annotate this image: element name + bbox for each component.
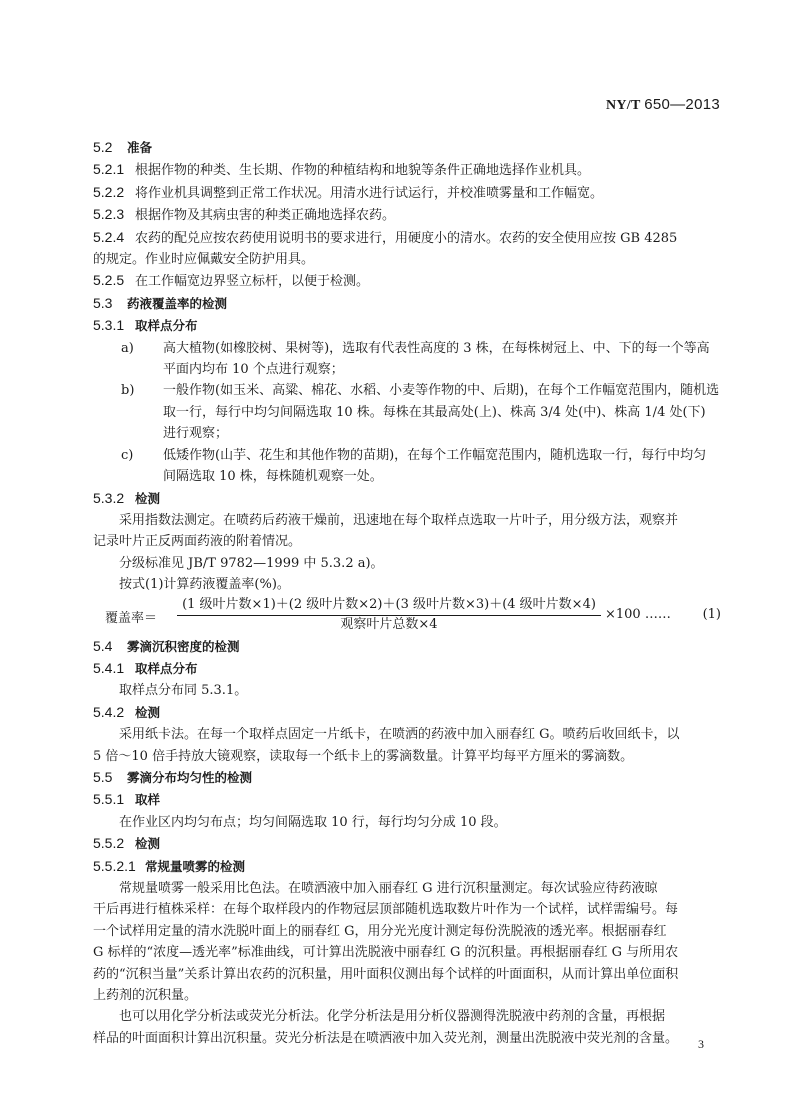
heading-5-5-2: 5.5.2检测 — [93, 833, 721, 855]
heading-5-3-2: 5.3.2检测 — [93, 488, 721, 510]
list-item-a: a) 高大植物(如橡胶树、果树等)，选取有代表性高度的 3 株，在每株树冠上、中… — [93, 338, 721, 381]
clause-number: 5.2.3 — [93, 204, 135, 225]
section-title: 雾滴分布均匀性的检测 — [127, 770, 252, 785]
equation-number: (1) — [703, 607, 721, 622]
heading-5-2: 5.2准备 — [93, 137, 721, 159]
clause-text: 在工作幅宽边界竖立标杆，以便于检测。 — [135, 274, 369, 289]
clause-title: 检测 — [135, 705, 160, 720]
paragraph-line: 药的“沉积当量”关系计算出农药的沉积量，用叶面积仪测出每个试样的叶面面积，从而计… — [93, 964, 721, 985]
heading-5-5: 5.5雾滴分布均匀性的检测 — [93, 767, 721, 789]
paragraph-line: 一个试样用定量的清水洗脱叶面上的丽春红 G，用分光光度计测定每份洗脱液的透光率。… — [93, 921, 721, 942]
section-number: 5.3 — [93, 293, 127, 314]
paragraph: 分级标准见 JB/T 9782—1999 中 5.3.2 a)。 — [93, 553, 721, 574]
formula-multiplier-value: ×100 — [605, 607, 641, 622]
paragraph: 取样点分布同 5.3.1。 — [93, 680, 721, 701]
section-title: 准备 — [127, 140, 152, 155]
list-marker: c) — [121, 445, 161, 466]
clause-number: 5.4.2 — [93, 702, 135, 723]
paragraph-line: 采用纸卡法。在每一个取样点固定一片纸卡，在喷洒的药液中加入丽春红 G。喷药后收回… — [93, 724, 721, 745]
standard-prefix: NY/T — [606, 98, 640, 113]
heading-5-5-2-1: 5.5.2.1常规量喷雾的检测 — [93, 856, 721, 878]
clause-title: 取样点分布 — [135, 661, 198, 676]
standard-number: 650—2013 — [644, 96, 720, 113]
heading-5-5-1: 5.5.1取样 — [93, 789, 721, 811]
list-text-line: 一般作物(如玉米、高粱、棉花、水稻、小麦等作物的中、后期)，在每个工作幅宽范围内… — [121, 380, 721, 401]
paragraph: 在作业区内均匀布点；均匀间隔选取 10 行，每行均匀分成 10 段。 — [93, 812, 721, 833]
clause-number: 5.2.4 — [93, 227, 135, 248]
paragraph-line: 样品的叶面面积计算出沉积量。荧光分析法是在喷洒液中加入荧光剂，测量出洗脱液中荧光… — [93, 1028, 721, 1049]
clause-title: 取样 — [135, 792, 160, 807]
heading-5-4-1: 5.4.1取样点分布 — [93, 658, 721, 680]
list-text-line: 间隔选取 10 株，每株随机观察一处。 — [121, 466, 721, 487]
clause-5-2-4-continued: 的规定。作业时应佩戴安全防护用具。 — [93, 249, 721, 270]
clause-number: 5.2.1 — [93, 159, 135, 180]
clause-text: 农药的配兑应按农药使用说明书的要求进行，用硬度小的清水。农药的安全使用应按 GB… — [135, 231, 677, 246]
clause-number: 5.3.1 — [93, 315, 135, 336]
paragraph-line: 干后再进行植株采样：在每个取样段内的作物冠层顶部随机选取数片叶作为一个试样，试样… — [93, 899, 721, 920]
clause-number: 5.5.1 — [93, 789, 135, 810]
heading-5-4: 5.4雾滴沉积密度的检测 — [93, 636, 721, 658]
list-marker: b) — [121, 380, 161, 401]
list-text-line: 低矮作物(山芋、花生和其他作物的苗期)，在每个工作幅宽范围内，随机选取一行，每行… — [121, 445, 721, 466]
section-number: 5.2 — [93, 137, 127, 158]
heading-5-3-1: 5.3.1取样点分布 — [93, 315, 721, 337]
clause-5-2-4: 5.2.4农药的配兑应按农药使用说明书的要求进行，用硬度小的清水。农药的安全使用… — [93, 227, 721, 249]
formula-denominator: 观察叶片总数×4 — [177, 616, 601, 634]
paragraph-line: 也可以用化学分析法或荧光分析法。化学分析法是用分析仪器测得洗脱液中药剂的含量，再… — [93, 1006, 721, 1027]
standard-code-header: NY/T 650—2013 — [606, 96, 720, 114]
list-item-c: c) 低矮作物(山芋、花生和其他作物的苗期)，在每个工作幅宽范围内，随机选取一行… — [93, 445, 721, 488]
list-item-b: b) 一般作物(如玉米、高粱、棉花、水稻、小麦等作物的中、后期)，在每个工作幅宽… — [93, 380, 721, 444]
section-number: 5.5 — [93, 767, 127, 788]
list-text-line: 取一行，每行中均匀间隔选取 10 株。每株在其最高处(上)、株高 3/4 处(中… — [121, 402, 721, 423]
list-marker: a) — [121, 338, 161, 359]
clause-5-2-3: 5.2.3根据作物及其病虫害的种类正确地选择农药。 — [93, 204, 721, 226]
clause-number: 5.2.2 — [93, 182, 135, 203]
clause-number: 5.4.1 — [93, 658, 135, 679]
formula-fraction: (1 级叶片数×1)＋(2 级叶片数×2)＋(3 级叶片数×3)＋(4 级叶片数… — [177, 596, 601, 634]
clause-text: 根据作物及其病虫害的种类正确地选择农药。 — [135, 208, 395, 223]
formula-coverage-rate: 覆盖率＝ (1 级叶片数×1)＋(2 级叶片数×2)＋(3 级叶片数×3)＋(4… — [93, 596, 721, 636]
section-number: 5.4 — [93, 636, 127, 657]
clause-text: 将作业机具调整到正常工作状况。用清水进行试运行，并校准喷雾量和工作幅宽。 — [135, 186, 603, 201]
heading-5-4-2: 5.4.2检测 — [93, 702, 721, 724]
formula-numerator: (1 级叶片数×1)＋(2 级叶片数×2)＋(3 级叶片数×3)＋(4 级叶片数… — [177, 596, 601, 616]
paragraph-line: 常规量喷雾一般采用比色法。在喷洒液中加入丽春红 G 进行沉积量测定。每次试验应待… — [93, 878, 721, 899]
formula-lhs: 覆盖率＝ — [105, 607, 157, 626]
section-title: 雾滴沉积密度的检测 — [127, 639, 240, 654]
list-text-line: 高大植物(如橡胶树、果树等)，选取有代表性高度的 3 株，在每株树冠上、中、下的… — [121, 338, 721, 359]
formula-multiplier: ×100 …… — [605, 607, 671, 622]
paragraph-line: 上药剂的沉积量。 — [93, 985, 721, 1006]
clause-title: 取样点分布 — [135, 318, 198, 333]
clause-text: 根据作物的种类、生长期、作物的种植结构和地貌等条件正确地选择作业机具。 — [135, 163, 590, 178]
clause-title: 常规量喷雾的检测 — [145, 859, 245, 874]
clause-number: 5.5.2 — [93, 833, 135, 854]
document-body: 5.2准备 5.2.1根据作物的种类、生长期、作物的种植结构和地貌等条件正确地选… — [93, 137, 721, 1049]
paragraph-line: G 标样的“浓度—透光率”标准曲线，可计算出洗脱液中丽春红 G 的沉积量。再根据… — [93, 942, 721, 963]
clause-number: 5.3.2 — [93, 488, 135, 509]
section-title: 药液覆盖率的检测 — [127, 296, 227, 311]
clause-title: 检测 — [135, 491, 160, 506]
clause-number: 5.5.2.1 — [93, 856, 145, 877]
clause-number: 5.2.5 — [93, 270, 135, 291]
clause-5-2-5: 5.2.5在工作幅宽边界竖立标杆，以便于检测。 — [93, 270, 721, 292]
formula-dots: …… — [645, 607, 671, 622]
page-number: 3 — [698, 1037, 704, 1052]
heading-5-3: 5.3药液覆盖率的检测 — [93, 293, 721, 315]
clause-5-2-1: 5.2.1根据作物的种类、生长期、作物的种植结构和地貌等条件正确地选择作业机具。 — [93, 159, 721, 181]
list-text-line: 进行观察； — [121, 423, 721, 444]
clause-title: 检测 — [135, 836, 160, 851]
paragraph-line: 记录叶片正反两面药液的附着情况。 — [93, 531, 721, 552]
paragraph: 按式(1)计算药液覆盖率(%)。 — [93, 574, 721, 595]
paragraph-line: 5 倍～10 倍手持放大镜观察，读取每一个纸卡上的雾滴数量。计算平均每平方厘米的… — [93, 746, 721, 767]
document-page: NY/T 650—2013 5.2准备 5.2.1根据作物的种类、生长期、作物的… — [0, 0, 794, 1115]
paragraph-line: 采用指数法测定。在喷药后药液干燥前，迅速地在每个取样点选取一片叶子，用分级方法，… — [93, 510, 721, 531]
clause-5-2-2: 5.2.2将作业机具调整到正常工作状况。用清水进行试运行，并校准喷雾量和工作幅宽… — [93, 182, 721, 204]
list-text-line: 平面内均布 10 个点进行观察； — [121, 359, 721, 380]
